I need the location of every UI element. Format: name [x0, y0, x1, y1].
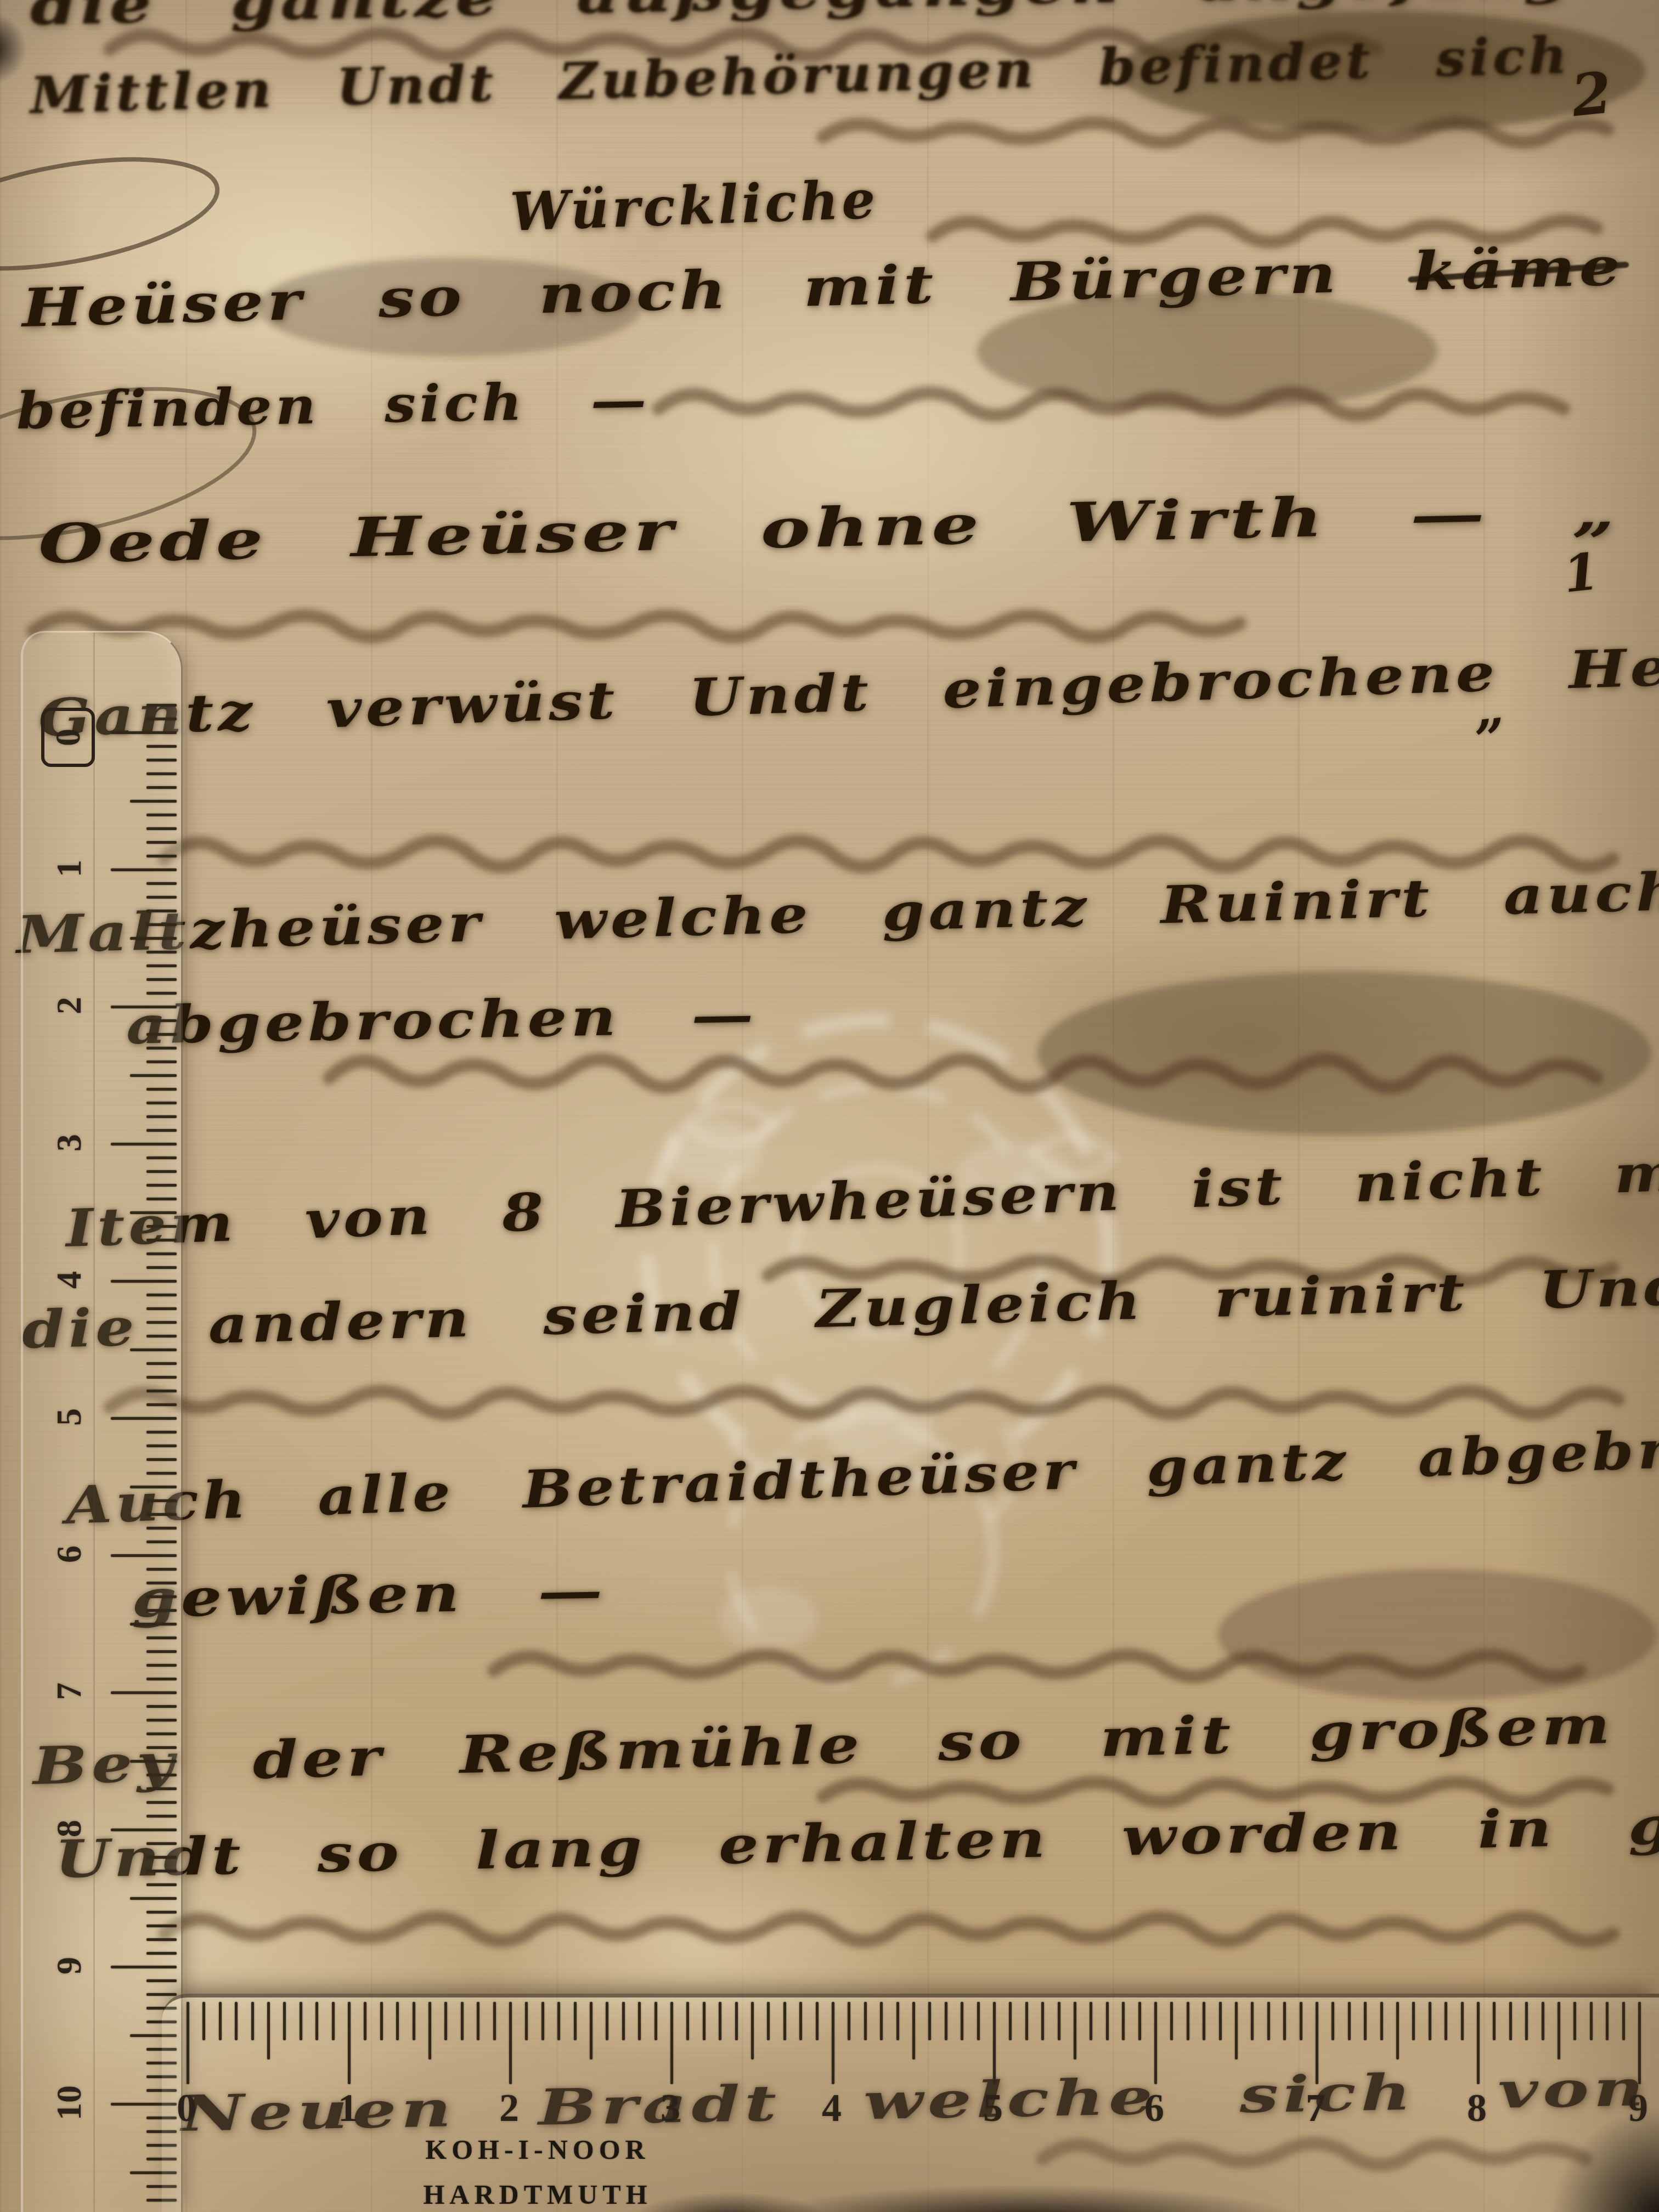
ruler-tick — [444, 2002, 447, 2040]
ruler-tick — [146, 1321, 177, 1324]
ruler-tick — [1444, 2002, 1447, 2040]
ruler-tick — [146, 1266, 177, 1269]
ruler-tick — [493, 2002, 496, 2040]
ruler-number: 5 — [973, 2085, 1013, 2131]
ruler-number: 7 — [1295, 2085, 1336, 2131]
ruler-tick — [146, 1390, 177, 1392]
ruler-tick — [111, 1829, 177, 1831]
ruler-tick — [1638, 2002, 1641, 2084]
ruler-tick — [1606, 2002, 1609, 2040]
ruler-tick — [1622, 2002, 1625, 2040]
ruler-number: 2 — [48, 975, 90, 1036]
ruler-tick — [816, 2002, 819, 2040]
ruler-number: 4 — [48, 1249, 90, 1311]
vertical-ruler: 012345678910 — [21, 631, 183, 2212]
ruler-tick — [428, 2002, 431, 2059]
ruler-tick — [146, 1595, 177, 1598]
ruler-tick — [146, 1938, 177, 1941]
ruler-tick — [146, 1115, 177, 1118]
ruler-tick — [146, 1184, 177, 1187]
ruler-tick — [146, 882, 177, 885]
ruler-tick — [1429, 2002, 1431, 2040]
ruler-tick — [364, 2002, 366, 2040]
ruler-number: 6 — [1134, 2085, 1175, 2131]
ruler-number: 1 — [328, 2085, 368, 2131]
ruler-tick — [146, 1705, 177, 1708]
ruler-tick — [1122, 2002, 1125, 2040]
ruler-tick — [654, 2002, 657, 2040]
ruler-tick — [993, 2002, 996, 2084]
ruler-tick — [864, 2002, 867, 2040]
manuscript-line: Würckliche — [509, 168, 879, 243]
ruler-tick — [219, 2002, 222, 2040]
ruler-tick — [1235, 2002, 1238, 2059]
ruler-tick — [146, 1746, 177, 1749]
ruler-tick — [130, 1897, 177, 1900]
ruler-tick — [928, 2002, 931, 2040]
ruler-tick — [1058, 2002, 1060, 2040]
ruler-tick — [1138, 2002, 1141, 2040]
ruler-tick — [832, 2002, 834, 2084]
ruler-tick — [146, 1033, 177, 1036]
ruler-tick — [146, 923, 177, 926]
ruler-tick — [1331, 2002, 1334, 2040]
ruler-tick — [251, 2002, 254, 2040]
ruler-tick — [1348, 2002, 1351, 2040]
ruler-tick — [622, 2002, 625, 2040]
ruler-number: 2 — [489, 2085, 529, 2131]
ruler-tick — [146, 1129, 177, 1132]
ruler-tick — [945, 2002, 947, 2040]
ruler-tick — [146, 1088, 177, 1091]
ruler-tick — [541, 2002, 544, 2040]
ruler-tick — [1558, 2002, 1560, 2059]
ruler-tick — [146, 1403, 177, 1406]
margin-tally-mark: 1 — [1561, 541, 1602, 604]
margin-tally-mark: 2 — [1568, 59, 1615, 130]
ruler-number: 8 — [1457, 2085, 1497, 2131]
ruler-tick — [380, 2002, 383, 2040]
ruler-tick — [557, 2002, 560, 2040]
ruler-tick — [146, 718, 177, 720]
ruler-tick — [146, 951, 177, 953]
ruler-tick — [146, 1609, 177, 1612]
ruler-tick — [130, 937, 177, 940]
ruler-tick — [146, 910, 177, 912]
ruler-tick — [1009, 2002, 1012, 2040]
ruler-tick — [146, 1993, 177, 1996]
ruler-tick — [146, 1198, 177, 1200]
ruler-tick — [146, 1376, 177, 1379]
ruler-tick — [1203, 2002, 1205, 2040]
ruler-tick — [848, 2002, 850, 2040]
manuscript-line: die andern seind Zugleich ruinirt Undt e… — [21, 1251, 1659, 1361]
ruler-tick — [111, 731, 177, 734]
ruler-tick — [146, 1568, 177, 1571]
ruler-tick — [146, 1911, 177, 1914]
ruler-number: 3 — [650, 2085, 691, 2131]
ruler-tick — [146, 1513, 177, 1516]
ruler-tick — [146, 772, 177, 775]
ruler-tick — [1525, 2002, 1528, 2040]
ruler-tick — [146, 1294, 177, 1296]
ruler-tick — [880, 2002, 883, 2040]
ruler-tick — [1090, 2002, 1092, 2040]
ruler-number: 9 — [1618, 2085, 1658, 2131]
ruler-tick — [146, 1225, 177, 1228]
ruler-brand-text-line2: HARDTMUTH — [411, 2179, 664, 2210]
ruler-tick — [1267, 2002, 1270, 2040]
ruler-tick — [1106, 2002, 1109, 2040]
ruler-tick — [130, 1074, 177, 1077]
ruler-tick — [146, 827, 177, 830]
ruler-tick — [1412, 2002, 1415, 2040]
ruler-tick — [146, 1719, 177, 1722]
ruler-tick — [146, 1678, 177, 1680]
ruler-tick — [1316, 2002, 1318, 2084]
ruler-tick — [1380, 2002, 1383, 2040]
ruler-number: 7 — [48, 1661, 90, 1722]
margin-tally-mark: „ — [1470, 676, 1506, 741]
ruler-tick — [525, 2002, 528, 2040]
ruler-tick — [1477, 2002, 1480, 2084]
ruler-tick — [703, 2002, 706, 2040]
ruler-tick — [146, 964, 177, 967]
struck-word: käme — [1412, 235, 1625, 303]
ruler-tick — [146, 745, 177, 748]
ruler-tick — [574, 2002, 577, 2040]
ruler-tick — [146, 1019, 177, 1022]
ruler-number: 0 — [41, 708, 95, 767]
ruler-tick — [146, 1582, 177, 1584]
ruler-tick — [1025, 2002, 1028, 2040]
ruler-tick — [187, 2002, 189, 2084]
ruler-tick — [896, 2002, 899, 2040]
ruler-tick — [146, 1787, 177, 1790]
ruler-tick — [413, 2002, 415, 2040]
ruler-tick — [1493, 2002, 1496, 2040]
ruler-tick — [638, 2002, 641, 2040]
ruler-tick — [146, 855, 177, 857]
ruler-tick — [332, 2002, 335, 2040]
ruler-tick — [783, 2002, 786, 2040]
ruler-number: 3 — [48, 1112, 90, 1173]
manuscript-line: befinden sich — — [16, 370, 650, 441]
ruler-tick — [146, 1307, 177, 1310]
ruler-tick — [1187, 2002, 1189, 2040]
ruler-tick — [590, 2002, 592, 2059]
ruler-tick — [146, 814, 177, 816]
ruler-tick — [130, 1623, 177, 1626]
ruler-tick — [146, 1856, 177, 1859]
ruler-tick — [606, 2002, 608, 2040]
ruler-tick — [146, 1650, 177, 1653]
ruler-number: 4 — [811, 2085, 852, 2131]
manuscript-line: Auch alle Betraidtheüser gantz abgebroch… — [65, 1412, 1659, 1536]
ruler-tick — [670, 2002, 673, 2084]
ruler-tick — [146, 1060, 177, 1063]
ruler-tick — [111, 1554, 177, 1557]
manuscript-line: Bey der Reßmühle so mit großem Unkosten — [32, 1683, 1659, 1797]
ruler-tick — [111, 1280, 177, 1283]
ruler-tick — [1590, 2002, 1593, 2040]
ruler-tick — [735, 2002, 738, 2040]
ruler-tick — [146, 1883, 177, 1886]
manuscript-line: Oede Heüser ohne Wirth — „ — [38, 480, 1620, 576]
ruler-tick — [1542, 2002, 1544, 2040]
ruler-tick — [315, 2002, 318, 2040]
ruler-tick — [146, 1870, 177, 1872]
ruler-brand-text-line1: KOH-I-NOOR — [411, 2134, 664, 2165]
ruler-tick — [1461, 2002, 1464, 2040]
ruler-tick — [146, 978, 177, 981]
ruler-number: 1 — [48, 838, 90, 899]
ruler-tick — [146, 1239, 177, 1242]
manuscript-line: Maltzheüser welche gantz Ruinirt auch th… — [16, 854, 1659, 966]
ruler-tick — [267, 2002, 270, 2059]
ruler-tick — [130, 1348, 177, 1351]
ruler-tick — [461, 2002, 464, 2040]
horizontal-ruler: KOH-I-NOOR HARDTMUTH 0123456789 — [162, 1994, 1659, 2212]
ruler-tick — [235, 2002, 238, 2040]
ruler-tick — [1154, 2002, 1157, 2084]
ruler-tick — [146, 1335, 177, 1338]
ruler-tick — [1283, 2002, 1286, 2040]
ruler-tick — [111, 1691, 177, 1694]
ruler-tick — [146, 1458, 177, 1461]
ruler-tick — [146, 1842, 177, 1845]
ruler-tick — [719, 2002, 721, 2040]
ruler-tick — [396, 2002, 399, 2040]
ruler-tick — [146, 1499, 177, 1502]
ruler-tick — [146, 896, 177, 899]
ruler-tick — [1219, 2002, 1222, 2040]
ruler-tick — [799, 2002, 802, 2040]
ruler-tick — [348, 2002, 351, 2084]
ruler-tick — [111, 1966, 177, 1968]
ruler-tick — [146, 1925, 177, 1927]
ruler-number: 9 — [48, 1935, 90, 1996]
ruler-tick — [1074, 2002, 1076, 2059]
ruler-tick — [146, 1637, 177, 1639]
ruler-tick — [1509, 2002, 1512, 2040]
ruler-tick — [146, 1774, 177, 1776]
ruler-tick — [202, 2002, 205, 2040]
ruler-tick — [146, 1979, 177, 1982]
manuscript-line: Undt so lang erhalten worden in grundt a… — [54, 1787, 1659, 1890]
ruler-tick — [146, 704, 177, 707]
ruler-tick — [1364, 2002, 1367, 2040]
ruler-tick — [961, 2002, 963, 2040]
ruler-tick — [146, 786, 177, 789]
handwriting-layer: die gantze außgegangen angefangens geweß… — [0, 0, 1659, 2212]
ruler-tick — [1300, 2002, 1302, 2040]
manuscript-line: Heüser so noch mit Bürgern käme bewohnet — [21, 223, 1659, 339]
ruler-tick — [1573, 2002, 1576, 2040]
ruler-tick — [130, 1211, 177, 1214]
ruler-tick — [146, 1527, 177, 1530]
ruler-tick — [146, 1801, 177, 1804]
ruler-tick — [751, 2002, 754, 2059]
ruler-tick — [146, 1170, 177, 1173]
manuscript-line: Item von 8 Bierwheüsern ist nicht mehr a… — [65, 1132, 1659, 1259]
manuscript-line: gewißen — — [131, 1561, 607, 1629]
ruler-tick — [146, 1431, 177, 1434]
ruler-number: 6 — [48, 1523, 90, 1585]
ruler-tick — [146, 1102, 177, 1104]
ruler-tick — [146, 1472, 177, 1475]
ruler-tick — [111, 1417, 177, 1420]
ruler-number: 10 — [48, 2072, 90, 2134]
ruler-tick — [146, 1047, 177, 1049]
ruler-tick — [146, 1664, 177, 1667]
ruler-tick — [146, 1362, 177, 1365]
ruler-tick — [130, 1760, 177, 1763]
ruler-tick — [146, 1733, 177, 1735]
manuscript-line: Mittlen Undt Zubehörungen befindet sich — [30, 26, 1571, 125]
ruler-tick — [146, 841, 177, 844]
ruler-tick — [130, 1486, 177, 1488]
ruler-tick — [283, 2002, 286, 2040]
ruler-number: 0 — [166, 2085, 207, 2131]
ruler-tick — [146, 1541, 177, 1543]
manuscript-line: Gantz verwüst Undt eingebrochene Heüser … — [37, 629, 1659, 749]
ruler-tick — [111, 868, 177, 871]
ruler-tick — [300, 2002, 302, 2040]
ruler-tick — [130, 800, 177, 803]
ruler-number: 8 — [48, 1798, 90, 1859]
ruler-tick — [1251, 2002, 1254, 2040]
ruler-tick — [477, 2002, 479, 2040]
manuscript-photo: die gantze außgegangen angefangens geweß… — [0, 0, 1659, 2212]
ruler-tick — [912, 2002, 915, 2059]
ruler-number: 5 — [48, 1386, 90, 1448]
ruler-bevel-line — [93, 633, 95, 2212]
ruler-tick — [1041, 2002, 1044, 2040]
manuscript-line: abgebrochen — — [126, 985, 758, 1056]
ruler-tick — [111, 1143, 177, 1145]
ruler-tick — [146, 1815, 177, 1818]
ruler-tick — [146, 992, 177, 995]
ruler-tick — [146, 1156, 177, 1159]
ruler-tick — [1170, 2002, 1173, 2040]
ruler-tick — [1396, 2002, 1399, 2059]
ruler-tick — [146, 759, 177, 761]
ruler-tick — [146, 1952, 177, 1955]
ruler-tick — [111, 1006, 177, 1008]
ruler-tick — [767, 2002, 770, 2040]
ruler-tick — [146, 1444, 177, 1447]
ruler-tick — [977, 2002, 980, 2040]
ruler-tick — [146, 1252, 177, 1255]
ruler-tick — [509, 2002, 512, 2084]
ruler-tick — [686, 2002, 689, 2040]
